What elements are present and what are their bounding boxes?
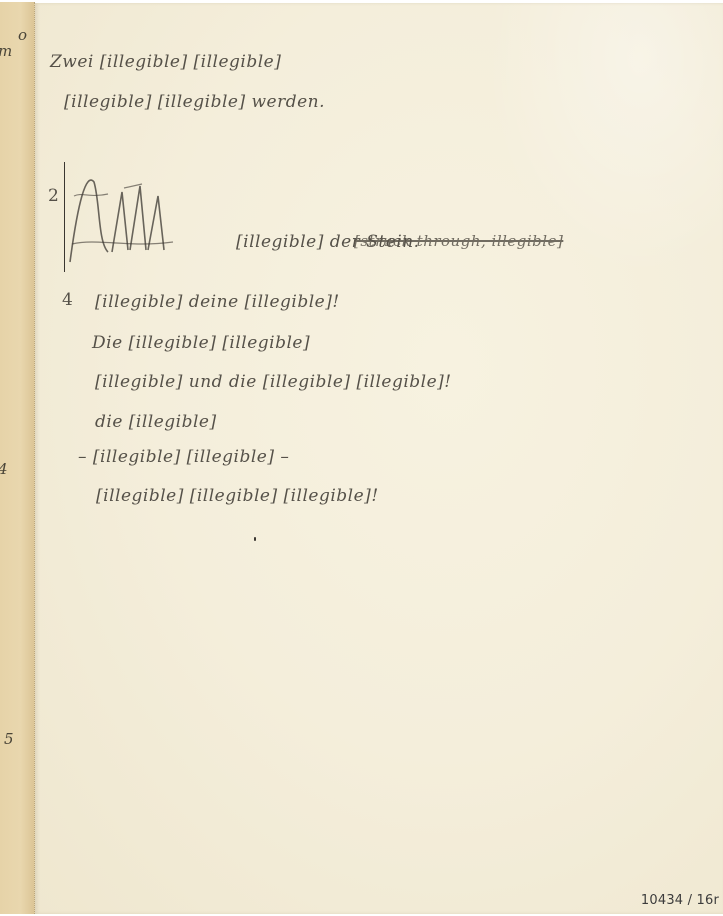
handwritten-line: [illegible] [illegible] [illegible]! [96, 486, 379, 506]
handwritten-line: [illegible] und die [illegible] [illegib… [95, 372, 452, 392]
overwritten-scribble [68, 172, 178, 267]
binding-mark: 5 [4, 730, 14, 748]
handwritten-line: – [illegible] [illegible] – [78, 447, 289, 467]
handwritten-line: Zwei [illegible] [illegible] [50, 52, 281, 72]
section-number: 2 [48, 186, 69, 206]
binding-mark: m [0, 42, 12, 60]
archive-catalog-number: 10434 / 16r [641, 893, 719, 908]
handwritten-line: Die [illegible] [illegible] [92, 333, 310, 353]
pencil-mark [254, 537, 256, 541]
margin-bracket-line [64, 162, 65, 272]
binding-mark: 4 [0, 460, 8, 478]
handwritten-line: [illegible] [illegible] werden. [64, 92, 325, 112]
handwritten-line: die [illegible] [95, 412, 217, 432]
binding-mark: o [18, 26, 27, 44]
binding-strip: o m 4 5 [0, 2, 35, 914]
manuscript-scan: o m 4 5 Zwei [illegible] [illegible] [il… [0, 0, 723, 916]
struck-through-text: [struck through, illegible] [354, 232, 563, 250]
handwritten-line: [illegible] deine [illegible]! [95, 292, 340, 312]
section-number: 4 [62, 290, 83, 310]
